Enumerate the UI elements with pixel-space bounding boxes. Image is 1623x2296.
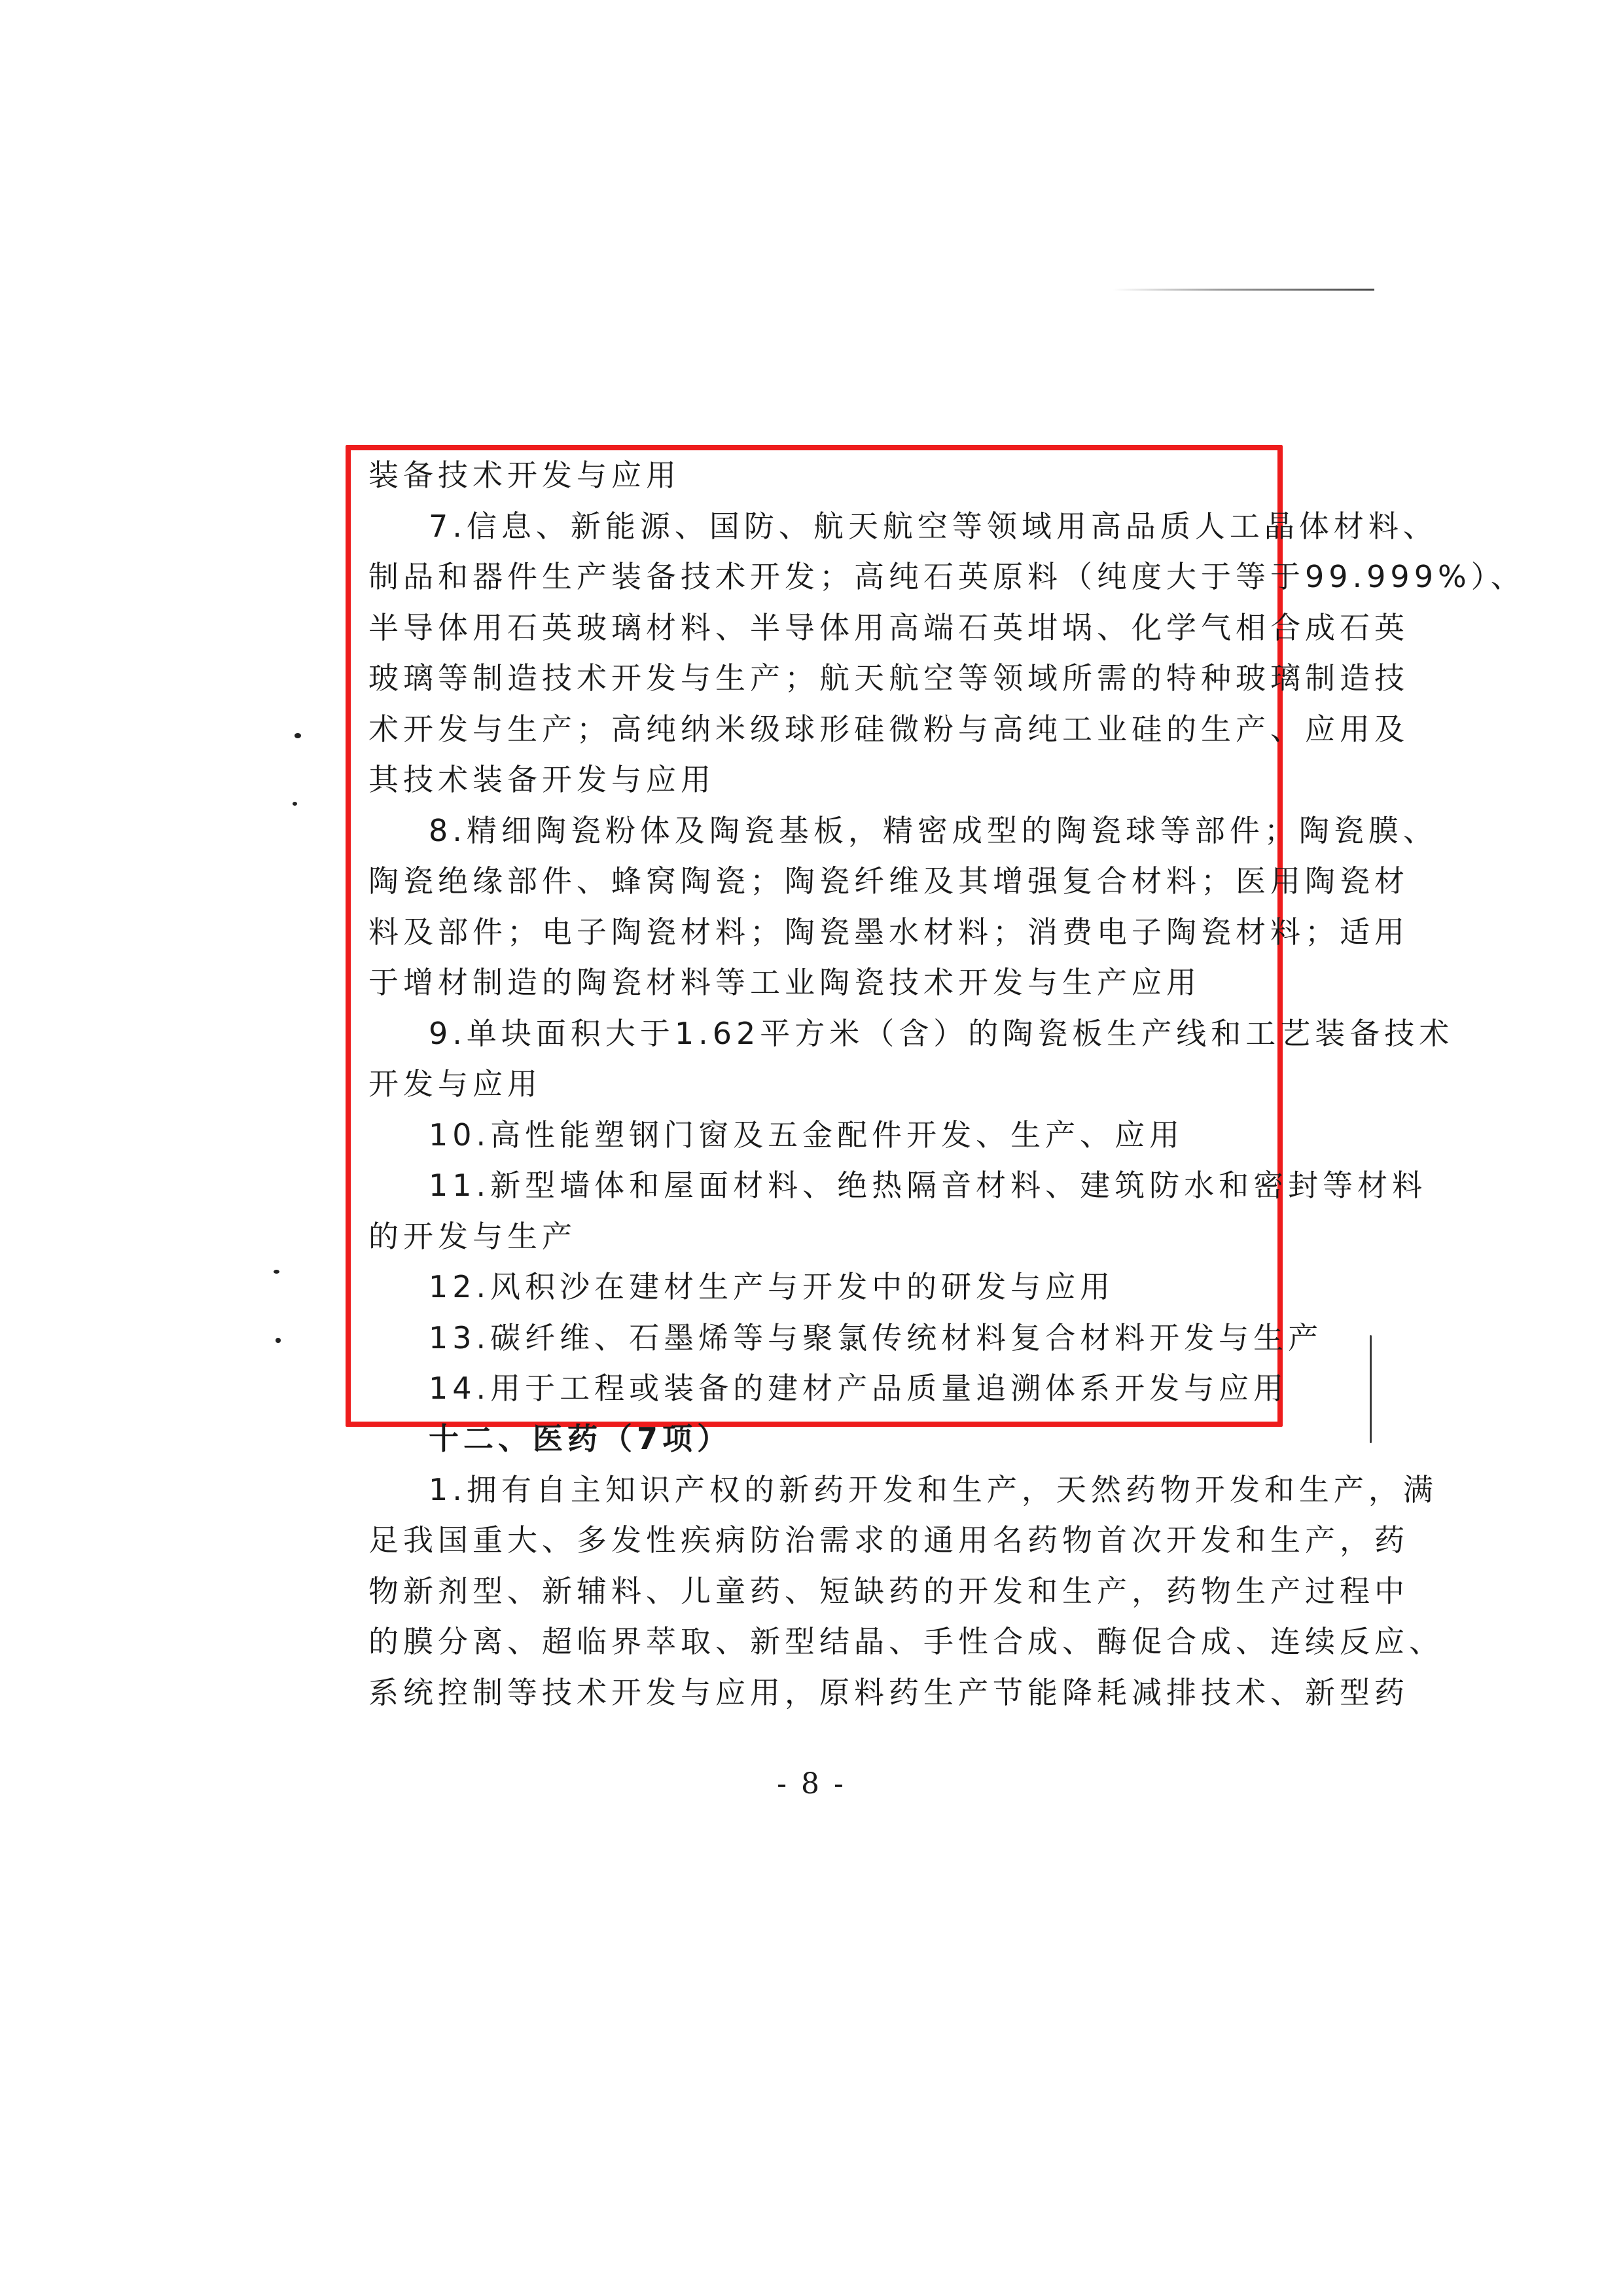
item-7-line: 7.信息、新能源、国防、航天航空等领域用高品质人工晶体材料、 bbox=[368, 501, 1278, 552]
item-9-line: 9.单块面积大于1.62平方米（含）的陶瓷板生产线和工艺装备技术 bbox=[368, 1009, 1278, 1060]
text-line: 半导体用石英玻璃材料、半导体用高端石英坩埚、化学气相合成石英 bbox=[368, 603, 1278, 654]
item-8-line: 8.精细陶瓷粉体及陶瓷基板，精密成型的陶瓷球等部件；陶瓷膜、 bbox=[368, 806, 1278, 857]
item-13-line: 13.碳纤维、石墨烯等与聚氯传统材料复合材料开发与生产 bbox=[368, 1313, 1278, 1364]
item-12-line: 12.风积沙在建材生产与开发中的研发与应用 bbox=[368, 1262, 1278, 1313]
text-line: 玻璃等制造技术开发与生产；航天航空等领域所需的特种玻璃制造技 bbox=[368, 653, 1278, 704]
text-line: 的开发与生产 bbox=[368, 1211, 1278, 1263]
page-number: - 8 - bbox=[0, 1767, 1623, 1801]
scan-edge-mark bbox=[1370, 1335, 1372, 1443]
text-line: 术开发与生产；高纯纳米级球形硅微粉与高纯工业硅的生产、应用及 bbox=[368, 704, 1278, 755]
document-page: 装备技术开发与应用 7.信息、新能源、国防、航天航空等领域用高品质人工晶体材料、… bbox=[0, 0, 1623, 2296]
item-14-line: 14.用于工程或装备的建材产品质量追溯体系开发与应用 bbox=[368, 1363, 1278, 1414]
text-line: 装备技术开发与应用 bbox=[368, 450, 1278, 501]
text-line: 制品和器件生产装备技术开发；高纯石英原料（纯度大于等于99.999%）、 bbox=[368, 552, 1278, 603]
scan-speck bbox=[276, 1338, 281, 1343]
text-line: 系统控制等技术开发与应用，原料药生产节能降耗减排技术、新型药 bbox=[368, 1668, 1278, 1719]
section-heading: 十二、医药（7项） bbox=[368, 1414, 1278, 1465]
header-rule bbox=[1113, 289, 1374, 291]
text-line: 物新剂型、新辅料、儿童药、短缺药的开发和生产，药物生产过程中 bbox=[368, 1566, 1278, 1617]
scan-speck bbox=[274, 1270, 279, 1274]
text-line: 料及部件；电子陶瓷材料；陶瓷墨水材料；消费电子陶瓷材料；适用 bbox=[368, 907, 1278, 958]
text-line: 于增材制造的陶瓷材料等工业陶瓷技术开发与生产应用 bbox=[368, 958, 1278, 1009]
text-line: 开发与应用 bbox=[368, 1059, 1278, 1110]
text-line: 的膜分离、超临界萃取、新型结晶、手性合成、酶促合成、连续反应、 bbox=[368, 1617, 1278, 1668]
text-line: 足我国重大、多发性疾病防治需求的通用名药物首次开发和生产，药 bbox=[368, 1515, 1278, 1566]
highlighted-text-block: 装备技术开发与应用 7.信息、新能源、国防、航天航空等领域用高品质人工晶体材料、… bbox=[368, 450, 1278, 1414]
item-10-line: 10.高性能塑钢门窗及五金配件开发、生产、应用 bbox=[368, 1110, 1278, 1161]
item-11-line: 11.新型墙体和屋面材料、绝热隔音材料、建筑防水和密封等材料 bbox=[368, 1160, 1278, 1211]
text-line: 其技术装备开发与应用 bbox=[368, 755, 1278, 806]
text-line: 陶瓷绝缘部件、蜂窝陶瓷；陶瓷纤维及其增强复合材料；医用陶瓷材 bbox=[368, 856, 1278, 907]
item-1-line: 1.拥有自主知识产权的新药开发和生产，天然药物开发和生产，满 bbox=[368, 1465, 1278, 1516]
scan-speck bbox=[294, 733, 301, 738]
scan-speck bbox=[293, 802, 297, 806]
section-12-block: 十二、医药（7项） 1.拥有自主知识产权的新药开发和生产，天然药物开发和生产，满… bbox=[368, 1414, 1278, 1718]
